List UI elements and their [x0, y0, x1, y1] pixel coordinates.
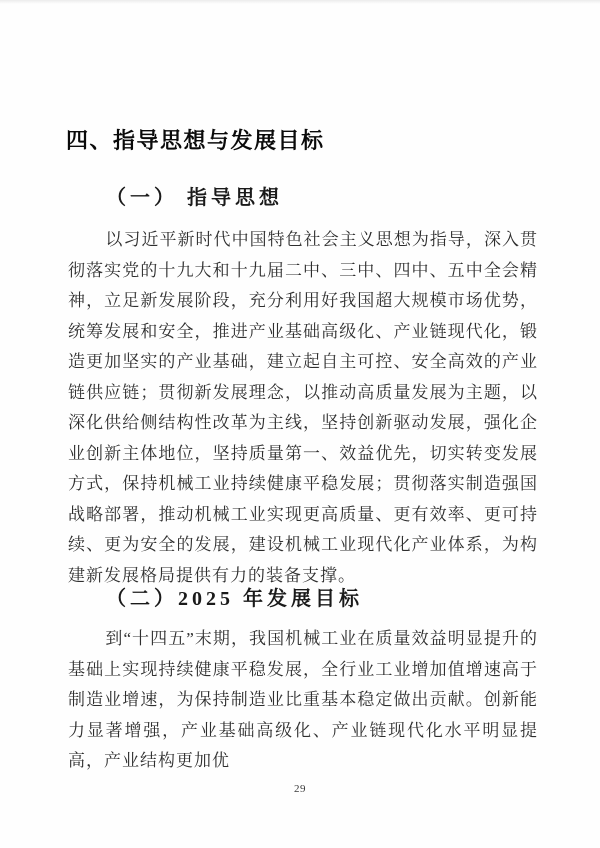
page-number: 29	[0, 783, 600, 795]
heading-guiding-ideology: （一） 指导思想	[106, 181, 283, 210]
doc-title: 四、指导思想与发展目标	[66, 124, 325, 155]
para-guiding-ideology: 以习近平新时代中国特色社会主义思想为指导，深入贯彻落实党的十九大和十九届二中、三…	[68, 225, 538, 591]
document-page: 四、指导思想与发展目标 （一） 指导思想 以习近平新时代中国特色社会主义思想为指…	[0, 0, 600, 848]
heading-2025-goals: （二）2025 年发展目标	[106, 582, 363, 611]
para-2025-goals: 到“十四五”末期，我国机械工业在质量效益明显提升的基础上实现持续健康平稳发展，全…	[68, 624, 538, 777]
